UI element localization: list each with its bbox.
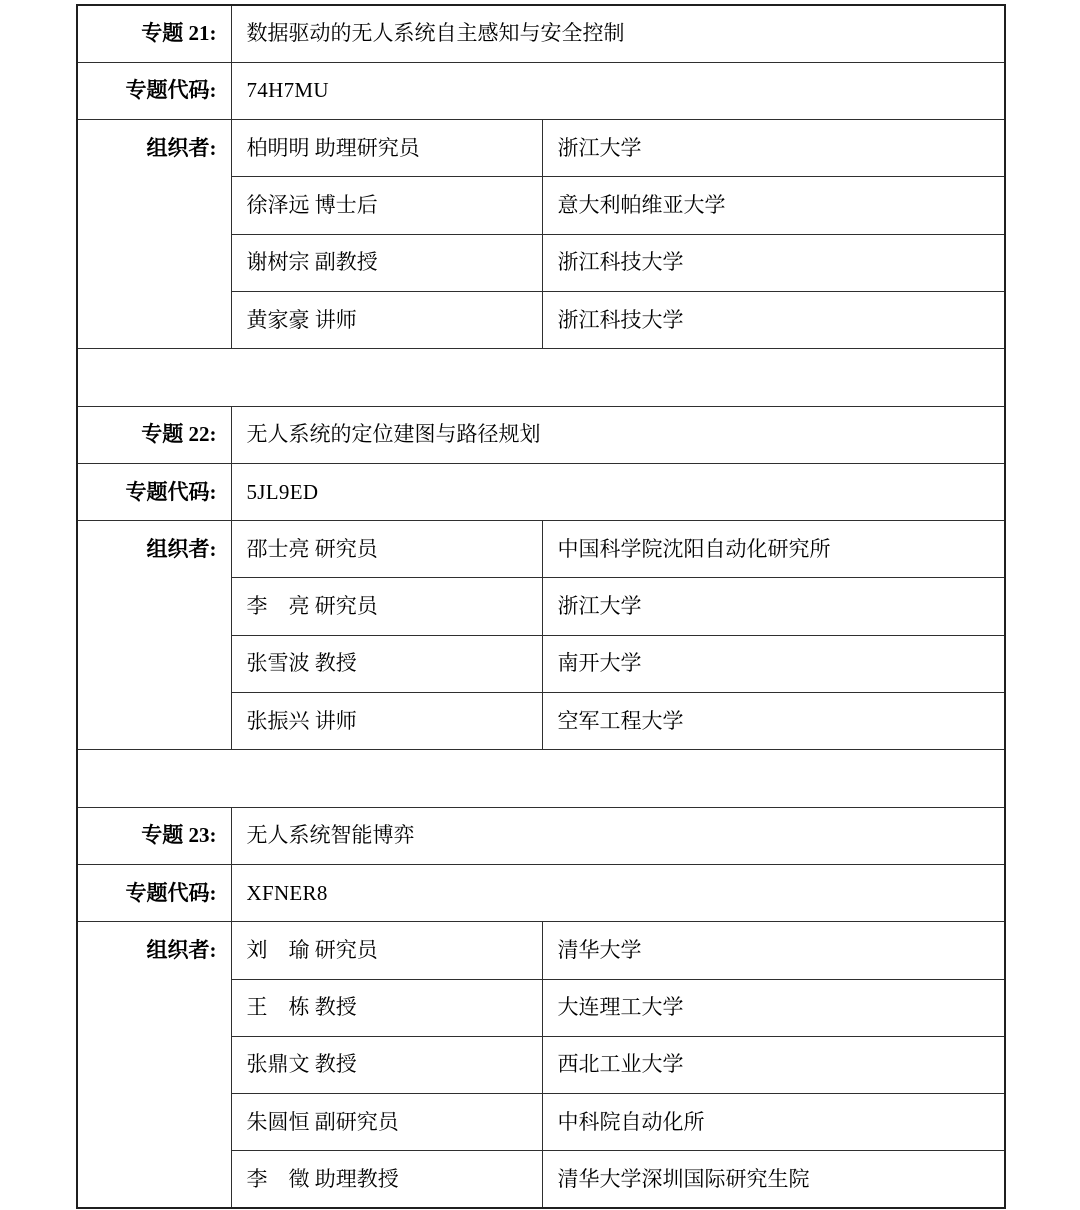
- topic-row: 专题 21:数据驱动的无人系统自主感知与安全控制: [77, 5, 1005, 62]
- organizer-affiliation: 浙江科技大学: [542, 291, 1005, 348]
- topic-title: 无人系统的定位建图与路径规划: [231, 406, 1005, 463]
- organizer-label: 组织者:: [77, 521, 231, 750]
- organizer-affiliation: 清华大学深圳国际研究生院: [542, 1151, 1005, 1208]
- organizer-affiliation: 清华大学: [542, 922, 1005, 979]
- code-row: 专题代码:74H7MU: [77, 62, 1005, 119]
- topic-label: 专题 22:: [77, 406, 231, 463]
- organizer-affiliation: 浙江大学: [542, 120, 1005, 177]
- organizer-row: 组织者:刘 瑜 研究员清华大学: [77, 922, 1005, 979]
- code-label: 专题代码:: [77, 463, 231, 520]
- organizer-affiliation: 南开大学: [542, 635, 1005, 692]
- topic-title: 无人系统智能博弈: [231, 807, 1005, 864]
- organizer-affiliation: 西北工业大学: [542, 1036, 1005, 1093]
- topic-label: 专题 21:: [77, 5, 231, 62]
- organizer-affiliation: 浙江大学: [542, 578, 1005, 635]
- topic-label: 专题 23:: [77, 807, 231, 864]
- organizer-affiliation: 意大利帕维亚大学: [542, 177, 1005, 234]
- organizer-name: 徐泽远 博士后: [231, 177, 542, 234]
- organizer-label: 组织者:: [77, 922, 231, 1208]
- organizer-name: 张振兴 讲师: [231, 693, 542, 750]
- organizer-name: 谢树宗 副教授: [231, 234, 542, 291]
- organizer-name: 邵士亮 研究员: [231, 521, 542, 578]
- organizer-name: 张鼎文 教授: [231, 1036, 542, 1093]
- organizer-affiliation: 浙江科技大学: [542, 234, 1005, 291]
- code-value: XFNER8: [231, 864, 1005, 921]
- code-value: 5JL9ED: [231, 463, 1005, 520]
- topic-row: 专题 22:无人系统的定位建图与路径规划: [77, 406, 1005, 463]
- code-row: 专题代码:XFNER8: [77, 864, 1005, 921]
- organizer-row: 组织者:柏明明 助理研究员浙江大学: [77, 120, 1005, 177]
- organizer-affiliation: 空军工程大学: [542, 693, 1005, 750]
- spacer-row: [77, 750, 1005, 807]
- organizer-name: 李 亮 研究员: [231, 578, 542, 635]
- topic-row: 专题 23:无人系统智能博弈: [77, 807, 1005, 864]
- organizer-name: 黄家豪 讲师: [231, 291, 542, 348]
- organizer-name: 李 徵 助理教授: [231, 1151, 542, 1208]
- organizer-name: 王 栋 教授: [231, 979, 542, 1036]
- code-value: 74H7MU: [231, 62, 1005, 119]
- code-row: 专题代码:5JL9ED: [77, 463, 1005, 520]
- session-table: 专题 21:数据驱动的无人系统自主感知与安全控制专题代码:74H7MU组织者:柏…: [76, 4, 1006, 1209]
- organizer-label: 组织者:: [77, 120, 231, 349]
- organizer-row: 组织者:邵士亮 研究员中国科学院沈阳自动化研究所: [77, 521, 1005, 578]
- spacer-cell: [77, 750, 1005, 807]
- code-label: 专题代码:: [77, 864, 231, 921]
- organizer-name: 朱圆恒 副研究员: [231, 1094, 542, 1151]
- spacer-cell: [77, 349, 1005, 406]
- organizer-affiliation: 中科院自动化所: [542, 1094, 1005, 1151]
- code-label: 专题代码:: [77, 62, 231, 119]
- organizer-name: 刘 瑜 研究员: [231, 922, 542, 979]
- organizer-name: 柏明明 助理研究员: [231, 120, 542, 177]
- table-body: 专题 21:数据驱动的无人系统自主感知与安全控制专题代码:74H7MU组织者:柏…: [77, 5, 1005, 1208]
- organizer-affiliation: 大连理工大学: [542, 979, 1005, 1036]
- spacer-row: [77, 349, 1005, 406]
- organizer-name: 张雪波 教授: [231, 635, 542, 692]
- session-table-container: 专题 21:数据驱动的无人系统自主感知与安全控制专题代码:74H7MU组织者:柏…: [76, 4, 1004, 1209]
- topic-title: 数据驱动的无人系统自主感知与安全控制: [231, 5, 1005, 62]
- organizer-affiliation: 中国科学院沈阳自动化研究所: [542, 521, 1005, 578]
